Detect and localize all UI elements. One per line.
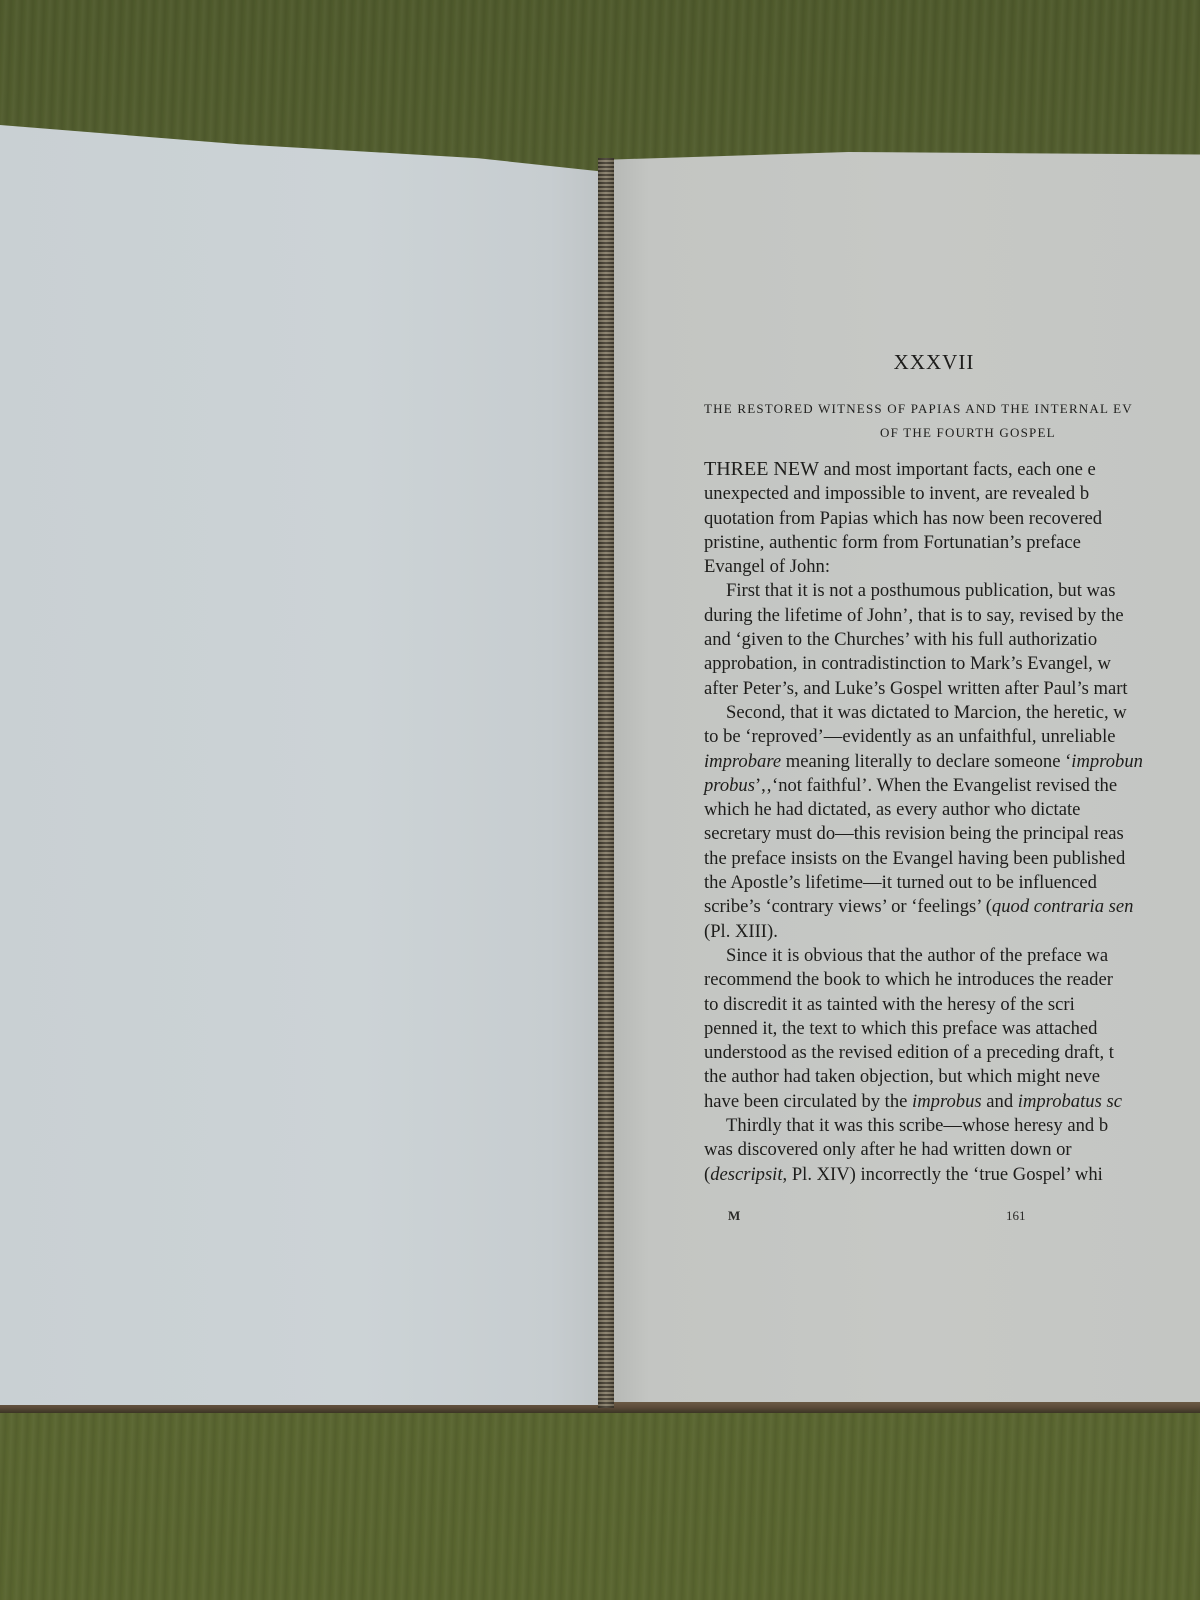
text-line: recommend the book to which he introduce…: [704, 968, 1200, 992]
chapter-title-line-2: OF THE FOURTH GOSPEL: [704, 421, 1200, 445]
text-line: (Pl. XIII).: [704, 920, 1200, 944]
page-number: 161: [1006, 1208, 1026, 1224]
text-line: to be ‘reproved’—evidently as an unfaith…: [704, 725, 1200, 749]
signature-mark: M: [728, 1208, 740, 1224]
text-line: unexpected and impossible to invent, are…: [704, 482, 1200, 506]
text-line: the author had taken objection, but whic…: [704, 1065, 1200, 1089]
text-line: to discredit it as tainted with the here…: [704, 993, 1200, 1017]
page-text-block: XXXVII THE RESTORED WITNESS OF PAPIAS AN…: [704, 350, 1200, 1187]
text-line: Thirdly that it was this scribe—whose he…: [704, 1114, 1200, 1138]
text-line: the Apostle’s lifetime—it turned out to …: [704, 871, 1200, 895]
text-line: have been circulated by the improbus and…: [704, 1090, 1200, 1114]
text-line: which he had dictated, as every author w…: [704, 798, 1200, 822]
text-line: and ‘given to the Churches’ with his ful…: [704, 628, 1200, 652]
text-line: improbare meaning literally to declare s…: [704, 750, 1200, 774]
chapter-title: THE RESTORED WITNESS OF PAPIAS AND THE I…: [704, 397, 1200, 445]
text-line: pristine, authentic form from Fortunatia…: [704, 531, 1200, 555]
text-line: First that it is not a posthumous public…: [704, 579, 1200, 603]
text-line: approbation, in contradistinction to Mar…: [704, 652, 1200, 676]
text-line: Second, that it was dictated to Marcion,…: [704, 701, 1200, 725]
text-line: (descripsit, Pl. XIV) incorrectly the ‘t…: [704, 1163, 1200, 1187]
text-line: during the lifetime of John’, that is to…: [704, 604, 1200, 628]
text-line: was discovered only after he had written…: [704, 1138, 1200, 1162]
text-line: scribe’s ‘contrary views’ or ‘feelings’ …: [704, 895, 1200, 919]
left-page-blank: [0, 125, 598, 1405]
text-line: secretary must do—this revision being th…: [704, 822, 1200, 846]
text-line: penned it, the text to which this prefac…: [704, 1017, 1200, 1041]
chapter-title-line-1: THE RESTORED WITNESS OF PAPIAS AND THE I…: [704, 401, 1133, 416]
text-line: the preface insists on the Evangel havin…: [704, 847, 1200, 871]
text-line: after Peter’s, and Luke’s Gospel written…: [704, 677, 1200, 701]
body-text: THREE NEW and most important facts, each…: [704, 457, 1200, 1187]
text-line: Since it is obvious that the author of t…: [704, 944, 1200, 968]
chapter-number: XXXVII: [704, 350, 1164, 375]
text-line: Evangel of John:: [704, 555, 1200, 579]
text-line: THREE NEW and most important facts, each…: [704, 457, 1200, 482]
text-line: quotation from Papias which has now been…: [704, 507, 1200, 531]
text-line: probus’,‚‘not faithful’. When the Evange…: [704, 774, 1200, 798]
book-spine-binding: [598, 158, 614, 1408]
text-line: understood as the revised edition of a p…: [704, 1041, 1200, 1065]
